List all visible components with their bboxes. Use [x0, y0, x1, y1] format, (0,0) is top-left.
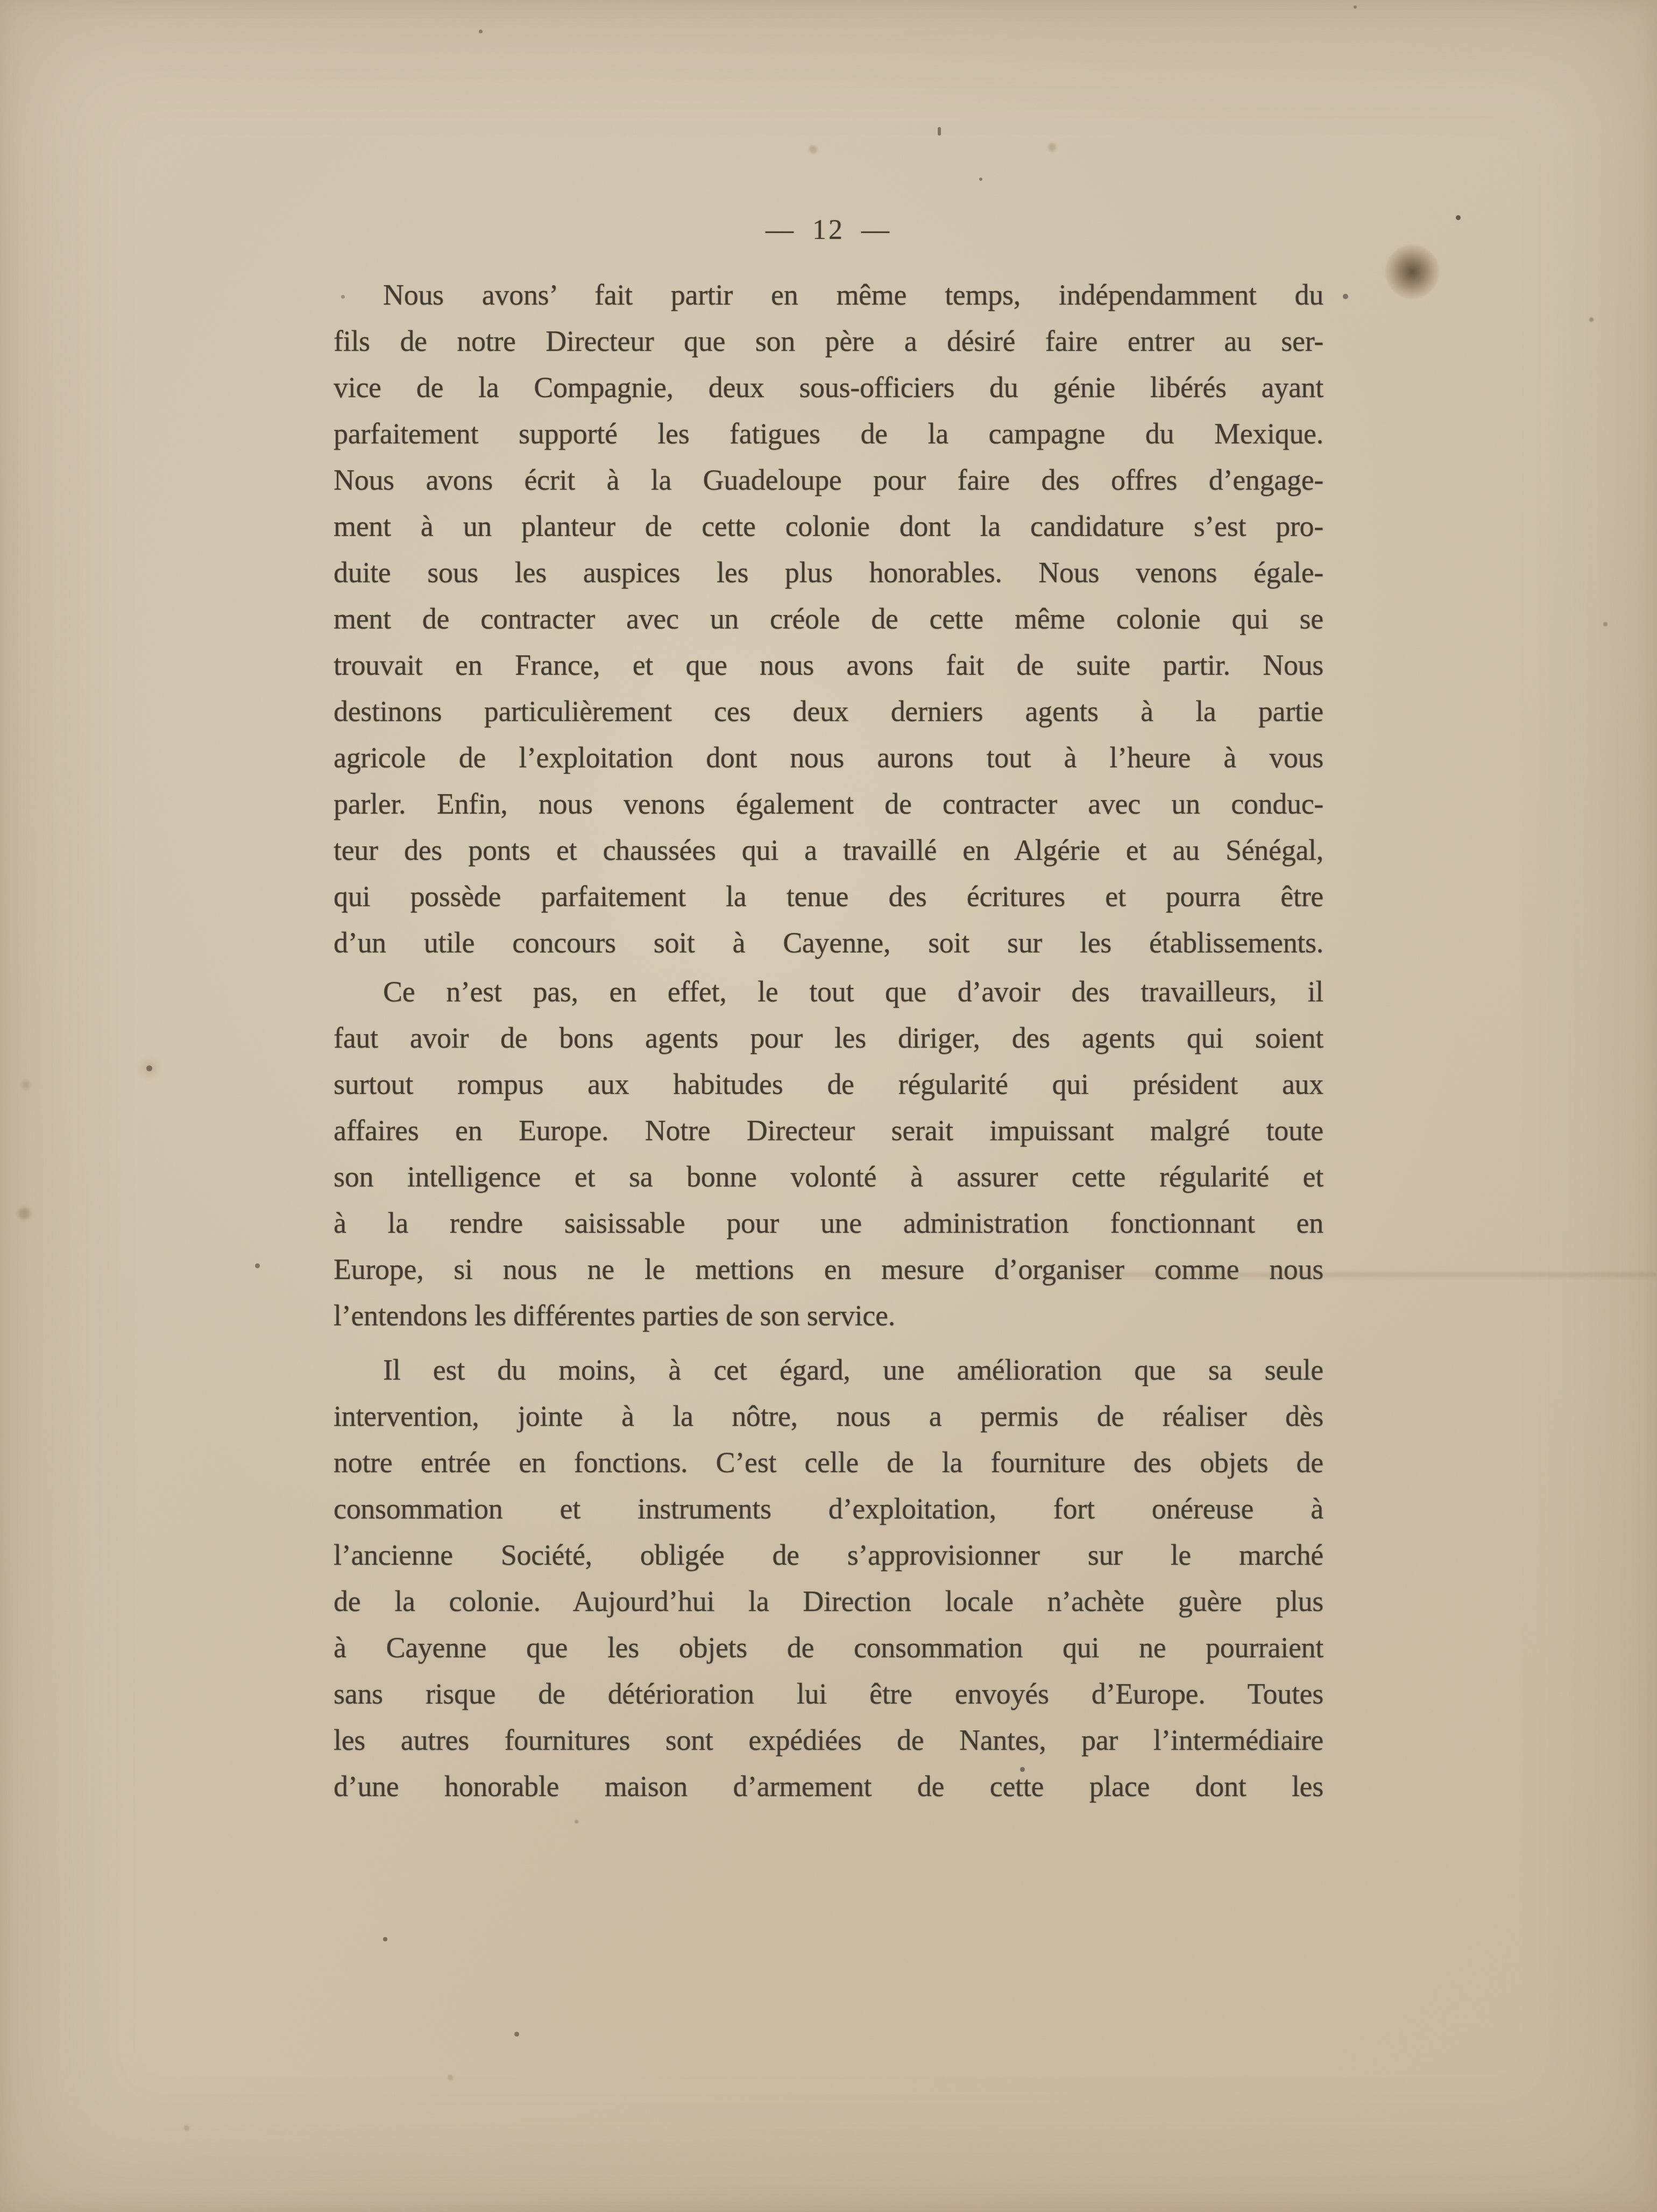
text-line: à Cayenne que les objets de consommation… [334, 1624, 1323, 1671]
paper-crease [1087, 1271, 1657, 1280]
text-line: destinons particulièrement ces deux dern… [334, 688, 1323, 734]
text-line: d’un utile concours soit à Cayenne, soit… [334, 920, 1323, 966]
text-line: l’ancienne Société, obligée de s’approvi… [334, 1532, 1323, 1578]
text-line: affaires en Europe. Notre Directeur sera… [334, 1107, 1323, 1154]
text-line: sans risque de détérioration lui être en… [334, 1671, 1323, 1717]
text-line: de la colonie. Aujourd’hui la Direction … [334, 1578, 1323, 1624]
text-line: ment de contracter avec un créole de cet… [334, 596, 1323, 642]
paper-speck [809, 145, 817, 153]
paper-speck [22, 1080, 30, 1089]
text-line: vice de la Compagnie, deux sous-officier… [334, 364, 1323, 411]
text-line: intervention, jointe à la nôtre, nous a … [334, 1393, 1323, 1439]
paper-speck [18, 1207, 30, 1219]
text-line: son intelligence et sa bonne volonté à a… [334, 1154, 1323, 1200]
ink-stain [1385, 245, 1439, 299]
paper-speck [938, 127, 941, 136]
text-block: Nous avons’ fait partir en même temps, i… [334, 272, 1323, 1810]
text-line: l’entendons les différentes parties de s… [334, 1292, 1323, 1339]
paper-speck [1354, 5, 1357, 9]
text-line: Il est du moins, à cet égard, une amélio… [334, 1347, 1323, 1393]
text-line: les autres fournitures sont expédiées de… [334, 1717, 1323, 1763]
paper-speck [479, 30, 483, 33]
paragraph: Nous avons’ fait partir en même temps, i… [334, 272, 1323, 966]
paper-speck [1048, 143, 1056, 151]
text-line: ment à un planteur de cette colonie dont… [334, 503, 1323, 549]
paper-speck [1603, 622, 1608, 626]
paper-speck [575, 1820, 578, 1824]
text-line: surtout rompus aux habitudes de régulari… [334, 1061, 1323, 1107]
paper-speck [146, 1065, 152, 1071]
text-line: à la rendre saisissable pour une adminis… [334, 1200, 1323, 1246]
text-line: d’une honorable maison d’armement de cet… [334, 1763, 1323, 1810]
text-line: parfaitement supporté les fatigues de la… [334, 411, 1323, 457]
paper-speck [383, 1937, 387, 1941]
paper-speck [514, 2032, 519, 2037]
paper-speck [255, 1263, 260, 1268]
text-line: teur des ponts et chaussées qui a travai… [334, 827, 1323, 873]
text-line: Ce n’est pas, en effet, le tout que d’av… [334, 969, 1323, 1015]
text-line: Nous avons’ fait partir en même temps, i… [334, 272, 1323, 318]
text-line: agricole de l’exploitation dont nous aur… [334, 734, 1323, 781]
text-line: notre entrée en fonctions. C’est celle d… [334, 1439, 1323, 1486]
text-line: parler. Enfin, nous venons également de … [334, 781, 1323, 827]
paragraph: Ce n’est pas, en effet, le tout que d’av… [334, 969, 1323, 1339]
text-line: Nous avons écrit à la Guadeloupe pour fa… [334, 457, 1323, 503]
page-number: — 12 — [0, 214, 1657, 246]
scanned-page: — 12 — Nous avons’ fait partir en même t… [0, 0, 1657, 2212]
text-line: duite sous les auspices les plus honorab… [334, 549, 1323, 596]
paper-speck [184, 2125, 189, 2131]
text-line: trouvait en France, et que nous avons fa… [334, 642, 1323, 688]
paper-speck [1343, 294, 1348, 299]
paragraph: Il est du moins, à cet égard, une amélio… [334, 1347, 1323, 1810]
text-line: qui possède parfaitement la tenue des éc… [334, 873, 1323, 920]
paper-speck [448, 2075, 453, 2080]
text-line: consommation et instruments d’exploitati… [334, 1486, 1323, 1532]
paper-speck [979, 178, 982, 181]
text-line: fils de notre Directeur que son père a d… [334, 318, 1323, 364]
text-line: Europe, si nous ne le mettions en mesure… [334, 1246, 1323, 1292]
text-line: faut avoir de bons agents pour les dirig… [334, 1015, 1323, 1061]
paper-speck [1589, 317, 1594, 322]
